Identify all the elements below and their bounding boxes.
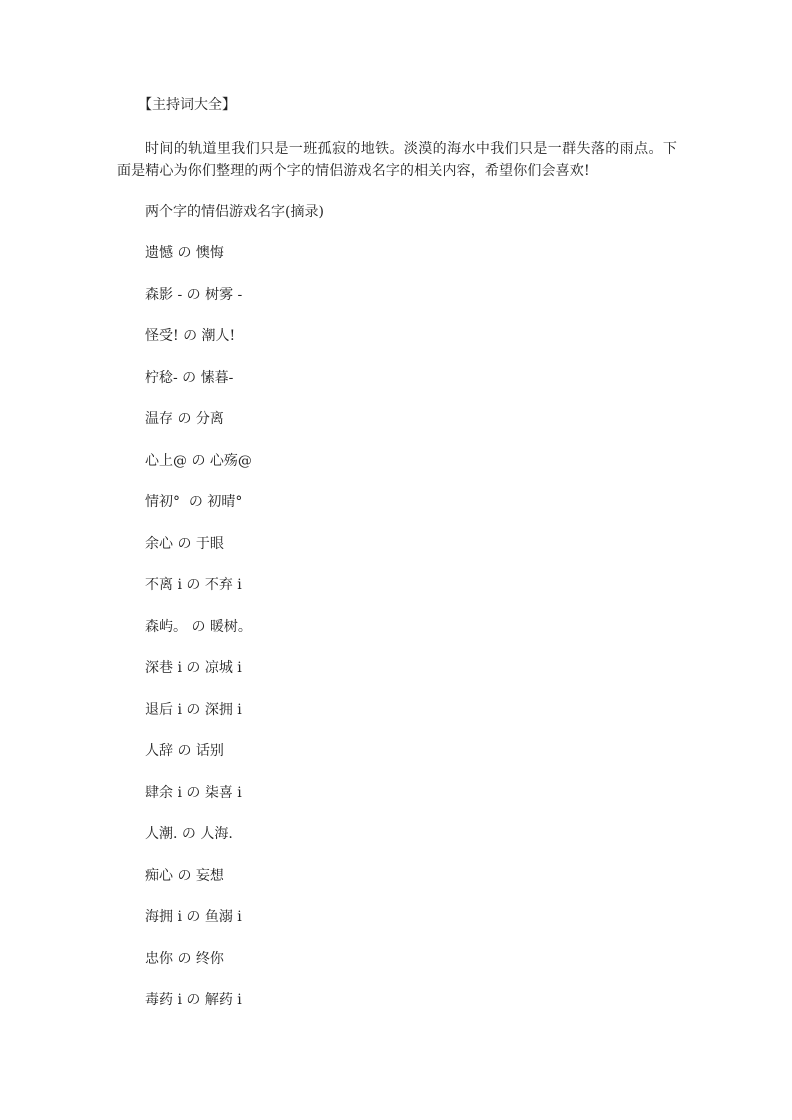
list-item: 森屿。 の 暖树。 — [145, 618, 252, 636]
list-item: 肆余 i の 柒喜 i — [145, 784, 242, 802]
list-item: 毒药 i の 解药 i — [145, 991, 242, 1009]
list-item: 怪受! の 潮人! — [145, 327, 235, 345]
list-item: 温存 の 分离 — [145, 410, 224, 428]
list-item: 退后 i の 深拥 i — [145, 701, 242, 719]
list-item: 海拥 i の 鱼溺 i — [145, 908, 242, 926]
document-heading: 【主持词大全】 — [138, 96, 236, 114]
list-item: 遗憾 の 懊悔 — [145, 244, 224, 262]
list-item: 深巷 i の 凉城 i — [145, 659, 242, 677]
list-item: 情初° の 初晴° — [145, 493, 242, 511]
intro-paragraph: 时间的轨道里我们只是一班孤寂的地铁。淡漠的海水中我们只是一群失落的雨点。下面是精… — [117, 138, 677, 182]
list-item: 不离 i の 不弃 i — [145, 576, 242, 594]
list-item: 忠你 の 终你 — [145, 950, 224, 968]
document-page: 【主持词大全】 时间的轨道里我们只是一班孤寂的地铁。淡漠的海水中我们只是一群失落… — [0, 0, 792, 1120]
list-item: 人辞 の 话别 — [145, 742, 224, 760]
list-item: 余心 の 于眼 — [145, 535, 224, 553]
list-item: 人潮. の 人海. — [145, 825, 233, 843]
list-item: 森影 - の 树雾 - — [145, 286, 242, 304]
list-item: 心上@ の 心殇@ — [145, 452, 252, 470]
list-item: 柠稔- の 愫暮- — [145, 369, 233, 387]
list-item: 痴心 の 妄想 — [145, 867, 224, 885]
list-subheading: 两个字的情侣游戏名字(摘录) — [145, 203, 324, 221]
